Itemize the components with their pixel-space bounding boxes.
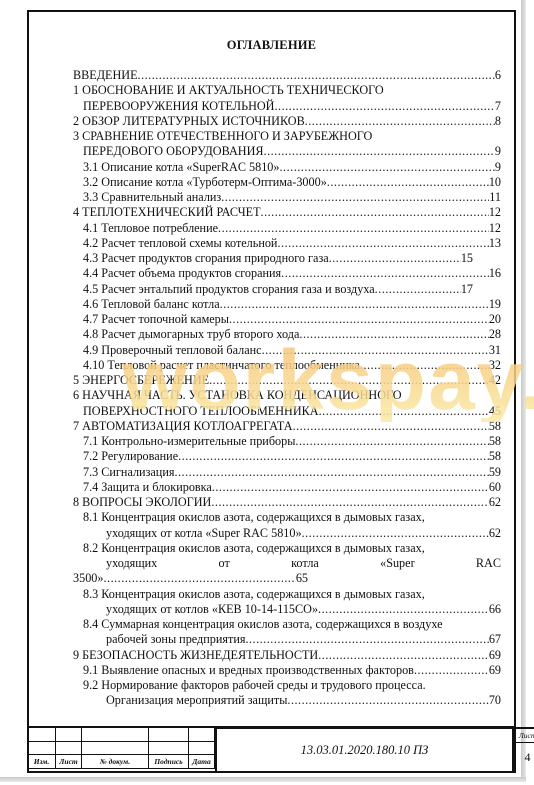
toc-entry-title: 4.2 Расчет тепловой схемы котельной bbox=[83, 236, 277, 251]
toc-entry-title: 8.3 Концентрация окислов азота, содержащ… bbox=[83, 587, 425, 602]
toc-leader-dots: ........................................… bbox=[280, 160, 495, 175]
toc-entry-title: 9 БЕЗОПАСНОСТЬ ЖИЗНЕДЕЯТЕЛЬНОСТИ bbox=[73, 648, 318, 663]
toc-entry-title: 7.4 Защита и блокировка bbox=[83, 480, 212, 495]
toc-page-number: 9 bbox=[495, 160, 501, 175]
toc-entry: уходящихоткотла«SuperRAC bbox=[73, 556, 501, 571]
toc-entry-title: 9.2 Нормирование факторов рабочей среды … bbox=[83, 678, 426, 693]
toc-entry: 2 ОБЗОР ЛИТЕРАТУРНЫХ ИСТОЧНИКОВ ........… bbox=[73, 114, 501, 129]
sheet-label: Лист bbox=[514, 729, 534, 743]
toc-entry: 7.4 Защита и блокировка.................… bbox=[73, 480, 501, 495]
toc-page-number: 15 bbox=[461, 251, 473, 266]
revision-cell bbox=[28, 741, 56, 755]
revision-cell bbox=[28, 728, 56, 742]
toc-entry-title: 9.1 Выявление опасных и вредных производ… bbox=[83, 663, 414, 678]
toc-entry: 4.9 Проверочный тепловой баланс.........… bbox=[73, 343, 501, 358]
toc-entry: 7.1 Контрольно-измерительные приборы....… bbox=[73, 434, 501, 449]
toc-entry: 5 ЭНЕРГОСБЕРЕЖЕНИЕ......................… bbox=[73, 373, 501, 388]
toc-leader-dots: ........................................… bbox=[178, 449, 489, 464]
toc-entry-title: 7 АВТОМАТИЗАЦИЯ КОТЛОАГРЕГАТА bbox=[73, 419, 293, 434]
toc-entry-title: 1 ОБОСНОВАНИЕ И АКТУАЛЬНОСТЬ ТЕХНИЧЕСКОГ… bbox=[73, 83, 384, 98]
toc-entry-title: 4.5 Расчет энтальпий продуктов сгорания … bbox=[83, 282, 375, 297]
toc-entry-title: 3 СРАВНЕНИЕ ОТЕЧЕСТВЕННОГО И ЗАРУБЕЖНОГО bbox=[73, 129, 372, 144]
toc-page-number: 70 bbox=[489, 693, 501, 708]
toc-page-number: 62 bbox=[489, 526, 501, 541]
toc-leader-dots: ........................................… bbox=[262, 343, 489, 358]
toc-page-number: 62 bbox=[489, 495, 501, 510]
toc-page-number: 8 bbox=[495, 114, 501, 129]
toc-page-number: 31 bbox=[489, 343, 501, 358]
toc-leader-dots: ........................................… bbox=[220, 297, 489, 312]
toc-entry: 4.10 Тепловой расчет пластинчатого тепло… bbox=[73, 358, 501, 373]
toc-page-number: 66 bbox=[489, 602, 501, 617]
column-label-signature: Подпись bbox=[149, 755, 189, 769]
revision-cell bbox=[189, 728, 215, 742]
toc-entry: 3.1 Описание котла «SuperRAC 5810» .....… bbox=[73, 160, 501, 175]
toc-word: от bbox=[219, 556, 230, 571]
toc-entry-title: 2 ОБЗОР ЛИТЕРАТУРНЫХ ИСТОЧНИКОВ bbox=[73, 114, 305, 129]
toc-leader-dots: ........................................… bbox=[299, 327, 488, 342]
toc-entry-title: уходящих от котла «Super RAC 5810» bbox=[106, 526, 302, 541]
toc-page-number: 58 bbox=[489, 434, 501, 449]
toc-entry-title: ПОВЕРХНОСТНОГО ТЕПЛООБМЕННИКА bbox=[83, 404, 319, 419]
toc-entry: 3.3 Сравнительный анализ................… bbox=[73, 190, 501, 205]
toc-leader-dots: ........................................… bbox=[319, 404, 489, 419]
toc-entry-title: Организация мероприятий защиты bbox=[106, 693, 287, 708]
column-label-sheet: Лист bbox=[56, 755, 82, 769]
toc-entry-title: 4.9 Проверочный тепловой баланс bbox=[83, 343, 262, 358]
toc-entry: 4.2 Расчет тепловой схемы котельной.....… bbox=[73, 236, 501, 251]
toc-page-number: 45 bbox=[489, 404, 501, 419]
revision-cell bbox=[82, 728, 149, 742]
toc-entry: 9.2 Нормирование факторов рабочей среды … bbox=[73, 678, 501, 693]
toc-entry: 3.2 Описание котла «Турботерм-Оптима-300… bbox=[73, 175, 501, 190]
toc-page-number: 42 bbox=[489, 373, 501, 388]
toc-entry: уходящих от котлов «КЕВ 10-14-115СО»....… bbox=[73, 602, 501, 617]
toc-entry-title: рабочей зоны предприятия bbox=[106, 632, 245, 647]
toc-entry: 8 ВОПРОСЫ ЭКОЛОГИИ......................… bbox=[73, 495, 501, 510]
page-title: ОГЛАВЛЕНИЕ bbox=[27, 38, 516, 53]
toc-entry-title: 3.2 Описание котла «Турботерм-Оптима-300… bbox=[83, 175, 327, 190]
toc-entry: ПОВЕРХНОСТНОГО ТЕПЛООБМЕННИКА...........… bbox=[73, 404, 501, 419]
toc-entry: 8.1 Концентрация окислов азота, содержащ… bbox=[73, 510, 501, 525]
toc-entry: ПЕРЕДОВОГО ОБОРУДОВАНИЯ.................… bbox=[73, 144, 501, 159]
toc-leader-dots: ........................................… bbox=[212, 480, 489, 495]
toc-entry: рабочей зоны предприятия................… bbox=[73, 632, 501, 647]
toc-page-number: 6 bbox=[495, 68, 501, 83]
toc-entry-title: 7.2 Регулирование bbox=[83, 449, 178, 464]
toc-entry: 9 БЕЗОПАСНОСТЬ ЖИЗНЕДЕЯТЕЛЬНОСТИ........… bbox=[73, 648, 501, 663]
toc-page-number: 9 bbox=[495, 144, 501, 159]
revision-cell bbox=[56, 728, 82, 742]
toc-entry-title: 7.1 Контрольно-измерительные приборы bbox=[83, 434, 295, 449]
toc-word: «Super bbox=[380, 556, 415, 571]
toc-word: RAC bbox=[476, 556, 501, 571]
toc-leader-dots: ........................................… bbox=[302, 526, 489, 541]
toc-entry: 3 СРАВНЕНИЕ ОТЕЧЕСТВЕННОГО И ЗАРУБЕЖНОГО bbox=[73, 129, 501, 144]
toc-page-number: 10 bbox=[489, 175, 501, 190]
toc-entry: Организация мероприятий защиты..........… bbox=[73, 693, 501, 708]
toc-entry-title: 5 ЭНЕРГОСБЕРЕЖЕНИЕ bbox=[73, 373, 209, 388]
toc-entry-title: 8.4 Суммарная концентрация окислов азота… bbox=[83, 617, 443, 632]
toc-page-number: 20 bbox=[489, 312, 501, 327]
toc-leader-dots: ........................................… bbox=[174, 465, 488, 480]
toc-entry: 9.1 Выявление опасных и вредных производ… bbox=[73, 663, 501, 678]
toc-entry: 4.7 Расчет топочной камеры..............… bbox=[73, 312, 501, 327]
toc-page-number: 58 bbox=[489, 449, 501, 464]
toc-entry: 4.6 Тепловой баланс котла...............… bbox=[73, 297, 501, 312]
toc-leader-dots: ........................................… bbox=[318, 602, 489, 617]
toc-entry-title: ПЕРЕВООРУЖЕНИЯ КОТЕЛЬНОЙ bbox=[83, 99, 274, 114]
toc-page-number: 12 bbox=[489, 221, 501, 236]
toc-page-number: 7 bbox=[495, 99, 501, 114]
page-shadow-right bbox=[521, 0, 526, 781]
toc-entry-title: 3.3 Сравнительный анализ bbox=[83, 190, 221, 205]
toc-entry-title: ПЕРЕДОВОГО ОБОРУДОВАНИЯ bbox=[83, 144, 264, 159]
document-code: 13.03.01.2020.180.10 ПЗ bbox=[215, 727, 512, 771]
toc-page-number: 59 bbox=[489, 465, 501, 480]
toc-leader-dots: ........................................… bbox=[295, 434, 488, 449]
toc-page-number: 69 bbox=[489, 648, 501, 663]
toc-leader-dots: ........................................… bbox=[287, 693, 488, 708]
toc-page-number: 19 bbox=[489, 297, 501, 312]
revision-cell bbox=[149, 741, 189, 755]
toc-entry-title: 3.1 Описание котла «SuperRAC 5810» bbox=[83, 160, 280, 175]
toc-entry: 7 АВТОМАТИЗАЦИЯ КОТЛОАГРЕГАТА...........… bbox=[73, 419, 501, 434]
toc-entry: 4.3 Расчет продуктов сгорания природного… bbox=[73, 251, 501, 266]
toc-entry: 4.5 Расчет энтальпий продуктов сгорания … bbox=[73, 282, 501, 297]
revision-cell bbox=[149, 728, 189, 742]
toc-entry-title: 8.2 Концентрация окислов азота, содержащ… bbox=[83, 541, 425, 556]
toc-page-number: 69 bbox=[489, 663, 501, 678]
toc-page-number: 60 bbox=[489, 480, 501, 495]
toc-word: котла bbox=[291, 556, 319, 571]
toc-leader-dots: ........................................… bbox=[274, 99, 494, 114]
toc-entry-title: ВВЕДЕНИЕ bbox=[73, 68, 138, 83]
table-of-contents: ВВЕДЕНИЕ ...............................… bbox=[73, 68, 501, 709]
toc-entry-title: 4.3 Расчет продуктов сгорания природного… bbox=[83, 251, 329, 266]
sheet-box: Лист 4 bbox=[512, 727, 534, 771]
toc-entry-title: 4 ТЕПЛОТЕХНИЧЕСКИЙ РАСЧЕТ bbox=[73, 205, 261, 220]
toc-entry-title: 8 ВОПРОСЫ ЭКОЛОГИИ bbox=[73, 495, 211, 510]
toc-leader-dots: ........................................… bbox=[211, 495, 488, 510]
toc-page-number: 28 bbox=[489, 327, 501, 342]
toc-entry: 8.3 Концентрация окислов азота, содержащ… bbox=[73, 587, 501, 602]
toc-leader-dots: ........................................… bbox=[375, 282, 461, 297]
toc-page-number: 32 bbox=[489, 358, 501, 373]
column-label-doc-number: № докум. bbox=[82, 755, 149, 769]
toc-entry: 4.1 Тепловое потребление................… bbox=[73, 221, 501, 236]
toc-leader-dots: ........................................… bbox=[138, 68, 495, 83]
toc-page-number: 13 bbox=[489, 236, 501, 251]
toc-entry: 4.4 Расчет объема продуктов сгорания....… bbox=[73, 266, 501, 281]
toc-entry-title: 7.3 Сигнализация bbox=[83, 465, 174, 480]
toc-leader-dots: ........................................… bbox=[103, 571, 295, 586]
column-label-change: Изм. bbox=[28, 755, 56, 769]
toc-entry-title: 3500» bbox=[73, 571, 103, 586]
toc-entry: ВВЕДЕНИЕ ...............................… bbox=[73, 68, 501, 83]
toc-entry: 1 ОБОСНОВАНИЕ И АКТУАЛЬНОСТЬ ТЕХНИЧЕСКОГ… bbox=[73, 83, 501, 98]
toc-page-number: 16 bbox=[489, 266, 501, 281]
revision-table: Изм. Лист № докум. Подпись Дата bbox=[27, 727, 215, 769]
toc-leader-dots: ........................................… bbox=[318, 648, 489, 663]
toc-entry-title: 4.10 Тепловой расчет пластинчатого тепло… bbox=[83, 358, 360, 373]
toc-leader-dots: ........................................… bbox=[360, 358, 489, 373]
toc-page-number: 12 bbox=[489, 205, 501, 220]
revision-cell bbox=[56, 741, 82, 755]
toc-entry: 4 ТЕПЛОТЕХНИЧЕСКИЙ РАСЧЕТ...............… bbox=[73, 205, 501, 220]
page-shadow-bottom bbox=[0, 777, 526, 782]
toc-word: уходящих bbox=[106, 556, 157, 571]
toc-entry-title: 4.4 Расчет объема продуктов сгорания bbox=[83, 266, 281, 281]
toc-entry-title: 4.6 Тепловой баланс котла bbox=[83, 297, 220, 312]
toc-entry-title: 4.7 Расчет топочной камеры bbox=[83, 312, 229, 327]
toc-entry: 4.8 Расчет дымогарных труб второго хода.… bbox=[73, 327, 501, 342]
toc-leader-dots: ........................................… bbox=[277, 236, 488, 251]
toc-page-number: 17 bbox=[461, 282, 473, 297]
toc-page-number: 11 bbox=[489, 190, 501, 205]
toc-leader-dots: ........................................… bbox=[305, 114, 495, 129]
sheet-number: 4 bbox=[514, 743, 534, 771]
toc-page-number: 58 bbox=[489, 419, 501, 434]
toc-leader-dots: ........................................… bbox=[414, 663, 489, 678]
toc-page-number: 67 bbox=[489, 632, 501, 647]
toc-leader-dots: ........................................… bbox=[209, 373, 489, 388]
title-block: Изм. Лист № докум. Подпись Дата 13.03.01… bbox=[27, 727, 516, 771]
toc-entry-title: 8.1 Концентрация окислов азота, содержащ… bbox=[83, 510, 425, 525]
toc-entry-title: 4.8 Расчет дымогарных труб второго хода bbox=[83, 327, 299, 342]
toc-entry: 6 НАУЧНАЯ ЧАСТЬ. УСТАНОВКА КОНДЕНСАЦИОНН… bbox=[73, 388, 501, 403]
toc-leader-dots: ........................................… bbox=[218, 221, 489, 236]
toc-leader-dots: ........................................… bbox=[329, 251, 461, 266]
toc-entry-title: уходящих от котлов «КЕВ 10-14-115СО» bbox=[106, 602, 318, 617]
toc-leader-dots: ........................................… bbox=[221, 190, 489, 205]
toc-leader-dots: ........................................… bbox=[293, 419, 489, 434]
toc-entry: 8.2 Концентрация окислов азота, содержащ… bbox=[73, 541, 501, 556]
toc-leader-dots: ........................................… bbox=[327, 175, 489, 190]
toc-entry-title: 4.1 Тепловое потребление bbox=[83, 221, 218, 236]
toc-entry: ПЕРЕВООРУЖЕНИЯ КОТЕЛЬНОЙ................… bbox=[73, 99, 501, 114]
toc-entry: 8.4 Суммарная концентрация окислов азота… bbox=[73, 617, 501, 632]
toc-leader-dots: ........................................… bbox=[264, 144, 495, 159]
toc-entry-title: 6 НАУЧНАЯ ЧАСТЬ. УСТАНОВКА КОНДЕНСАЦИОНН… bbox=[73, 388, 402, 403]
toc-leader-dots: ........................................… bbox=[281, 266, 489, 281]
toc-entry: 7.2 Регулирование.......................… bbox=[73, 449, 501, 464]
toc-leader-dots: ........................................… bbox=[261, 205, 489, 220]
toc-leader-dots: ........................................… bbox=[245, 632, 488, 647]
toc-leader-dots: ........................................… bbox=[229, 312, 489, 327]
toc-entry: 3500»...................................… bbox=[73, 571, 501, 586]
revision-cell bbox=[189, 741, 215, 755]
toc-entry: уходящих от котла «Super RAC 5810»......… bbox=[73, 526, 501, 541]
toc-page-number: 65 bbox=[296, 571, 308, 586]
toc-entry: 7.3 Сигнализация........................… bbox=[73, 465, 501, 480]
revision-cell bbox=[82, 741, 149, 755]
column-label-date: Дата bbox=[189, 755, 215, 769]
